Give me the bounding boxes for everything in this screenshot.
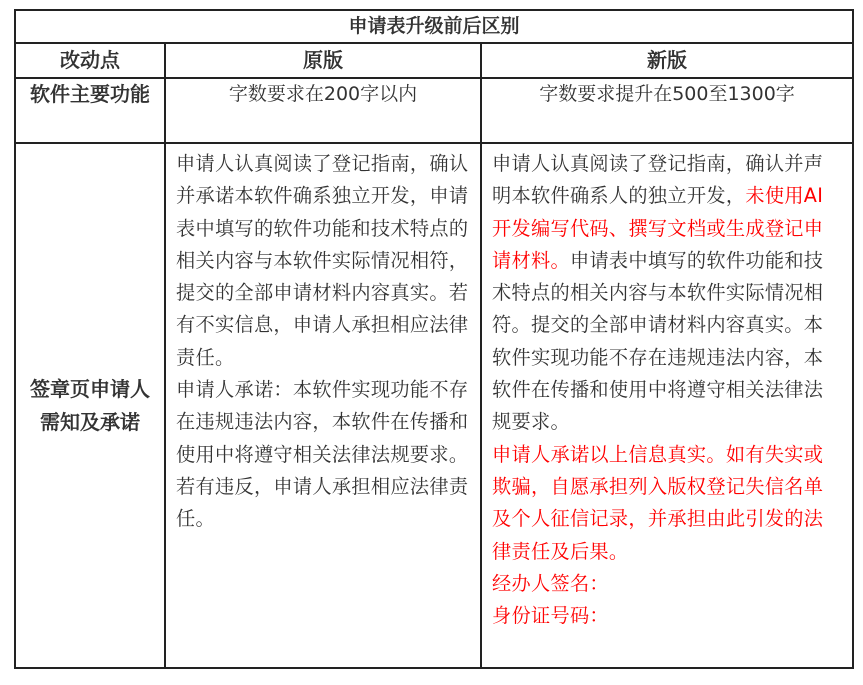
old-notice-paragraph-1: 申请人认真阅读了登记指南，确认并承诺本软件确系独立开发，申请表中填写的软件功能和… — [176, 148, 470, 374]
new-main-function: 字数要求提升在500至1300字 — [481, 78, 853, 143]
new-notice-text: 申请表中填写的软件功能和技术特点的相关内容与本软件实际情况相符。提交的全部申请材… — [492, 249, 823, 433]
title-row: 申请表升级前后区别 — [15, 10, 853, 43]
comparison-table: 申请表升级前后区别 改动点 原版 新版 软件主要功能 字数要求在200字以内 字… — [14, 9, 854, 669]
old-notice-paragraph-2: 申请人承诺：本软件实现功能不存在违规违法内容，本软件在传播和使用中将遵守相关法律… — [176, 374, 470, 535]
new-notice-paragraph-1: 申请人认真阅读了登记指南，确认并声明本软件确系人的独立开发，未使用AI开发编写代… — [492, 148, 842, 439]
row-label-main-function: 软件主要功能 — [15, 78, 165, 143]
row-label-signature-notice: 签章页申请人需知及承诺 — [15, 143, 165, 668]
header-old-version: 原版 — [165, 43, 481, 78]
old-signature-notice: 申请人认真阅读了登记指南，确认并承诺本软件确系独立开发，申请表中填写的软件功能和… — [165, 143, 481, 668]
old-main-function: 字数要求在200字以内 — [165, 78, 481, 143]
new-notice-pledge-highlight: 申请人承诺以上信息真实。如有失实或欺骗，自愿承担列入版权登记失信名单及个人征信记… — [492, 439, 842, 568]
new-signature-notice: 申请人认真阅读了登记指南，确认并声明本软件确系人的独立开发，未使用AI开发编写代… — [481, 143, 853, 668]
id-number-label: 身份证号码： — [492, 600, 842, 632]
header-change-point: 改动点 — [15, 43, 165, 78]
table-row: 签章页申请人需知及承诺 申请人认真阅读了登记指南，确认并承诺本软件确系独立开发，… — [15, 143, 853, 668]
table-title: 申请表升级前后区别 — [15, 10, 853, 43]
header-row: 改动点 原版 新版 — [15, 43, 853, 78]
header-new-version: 新版 — [481, 43, 853, 78]
signature-label: 经办人签名： — [492, 568, 842, 600]
table-row: 软件主要功能 字数要求在200字以内 字数要求提升在500至1300字 — [15, 78, 853, 143]
